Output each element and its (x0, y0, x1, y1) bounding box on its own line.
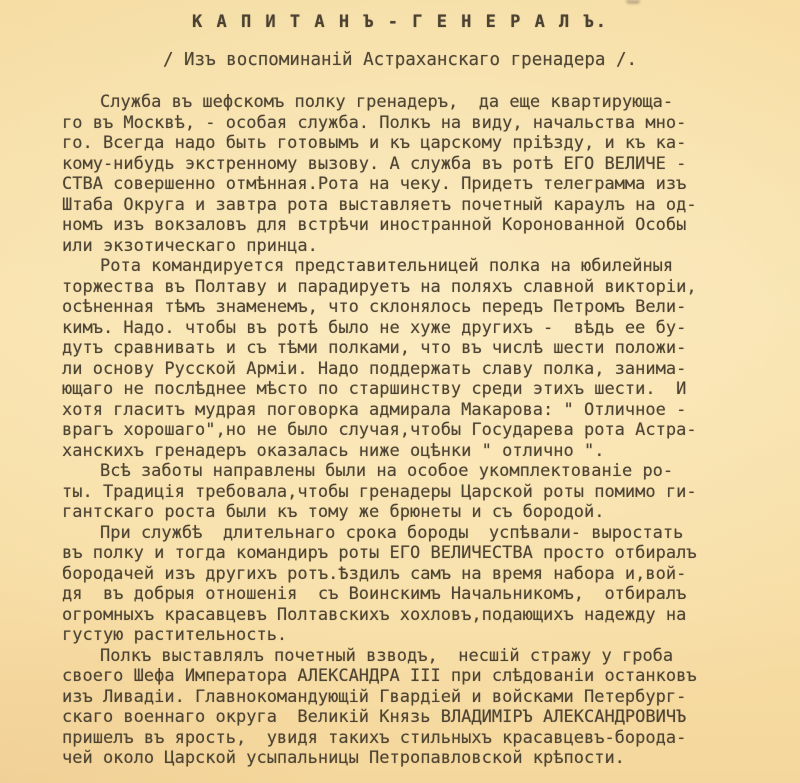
text-line: чей около Царской усыпальницы Петропавло… (62, 748, 752, 769)
text-line: ющаго не послѣднее мѣсто по старшинству … (62, 379, 752, 400)
text-line: гантскаго роста были къ тому же брюнеты … (62, 502, 752, 523)
text-line: Штаба Округа и завтра рота выставляетъ п… (62, 195, 752, 216)
document-page: К А П И Т А Н Ъ - Г Е Н Е Р А Л Ъ. / Изъ… (0, 0, 800, 783)
text-line: Полкъ выставлялъ почетный взводъ, несшій… (62, 646, 752, 667)
text-line: изъ Ливадіи. Главнокомандующій Гвардіей … (62, 687, 752, 708)
text-line: Служба въ шефскомъ полку гренадеръ, да е… (62, 92, 752, 113)
text-line: ханскихъ гренадеръ оказалась ниже оцѣнки… (62, 441, 752, 462)
document-body: Служба въ шефскомъ полку гренадеръ, да е… (62, 92, 752, 769)
text-line: При службѣ длительнаго срока бороды успѣ… (62, 523, 752, 544)
text-line: ты. Традиція требовала,чтобы гренадеры Ц… (62, 482, 752, 503)
paragraph: Полкъ выставлялъ почетный взводъ, несшій… (62, 646, 752, 769)
paragraph: Рота командируется представительницей по… (62, 256, 752, 461)
text-line: го. Всегда надо быть готовымъ и къ царск… (62, 133, 752, 154)
text-line: въ полку и тогда командиръ роты ЕГО ВЕЛИ… (62, 543, 752, 564)
text-line: или экзотическаго принца. (62, 236, 752, 257)
text-line: огромныхъ красавцевъ Полтавскихъ хохловъ… (62, 605, 752, 626)
text-line: го въ Москвѣ, - особая служба. Полкъ на … (62, 113, 752, 134)
text-line: торжества въ Полтаву и парадируетъ на по… (62, 277, 752, 298)
paragraph: При службѣ длительнаго срока бороды успѣ… (62, 523, 752, 646)
paragraph: Всѣ заботы направлены были на особое уко… (62, 461, 752, 523)
page-title: К А П И Т А Н Ъ - Г Е Н Е Р А Л Ъ. (0, 12, 800, 32)
text-line: дутъ сравнивать и съ тѣми полками, что в… (62, 338, 752, 359)
page-subtitle: / Изъ воспоминаній Астраханскаго гренаде… (0, 50, 800, 70)
text-line: Рота командируется представительницей по… (62, 256, 752, 277)
scan-artifact-mark (626, 0, 640, 4)
text-line: СТВА совершенно отмѣнная.Рота на чеку. П… (62, 174, 752, 195)
paragraph: Служба въ шефскомъ полку гренадеръ, да е… (62, 92, 752, 256)
text-line: кимъ. Надо. чтобы въ ротѣ было не хуже д… (62, 318, 752, 339)
text-line: кому-нибудь экстренному вызову. А служба… (62, 154, 752, 175)
text-line: врагъ хорошаго",но не было случая,чтобы … (62, 420, 752, 441)
text-line: скаго военнаго округа Великій Князь ВЛАД… (62, 707, 752, 728)
text-line: осѣненная тѣмъ знаменемъ, что склонялось… (62, 297, 752, 318)
text-line: дя въ добрыя отношенія съ Воинскимъ Нача… (62, 584, 752, 605)
text-line: хотя гласитъ мудрая поговорка адмирала М… (62, 400, 752, 421)
text-line: номъ изъ вокзаловъ для встрѣчи иностранн… (62, 215, 752, 236)
text-line: густую растительность. (62, 625, 752, 646)
text-line: ли основу Русской Арміи. Надо поддержать… (62, 359, 752, 380)
text-line: пришелъ въ ярость, увидя такихъ стильных… (62, 728, 752, 749)
text-line: бородачей изъ другихъ ротъ.Ѣздилъ самъ н… (62, 564, 752, 585)
text-line: Всѣ заботы направлены были на особое уко… (62, 461, 752, 482)
text-line: своего Шефа Императора АЛЕКСАНДРА III пр… (62, 666, 752, 687)
